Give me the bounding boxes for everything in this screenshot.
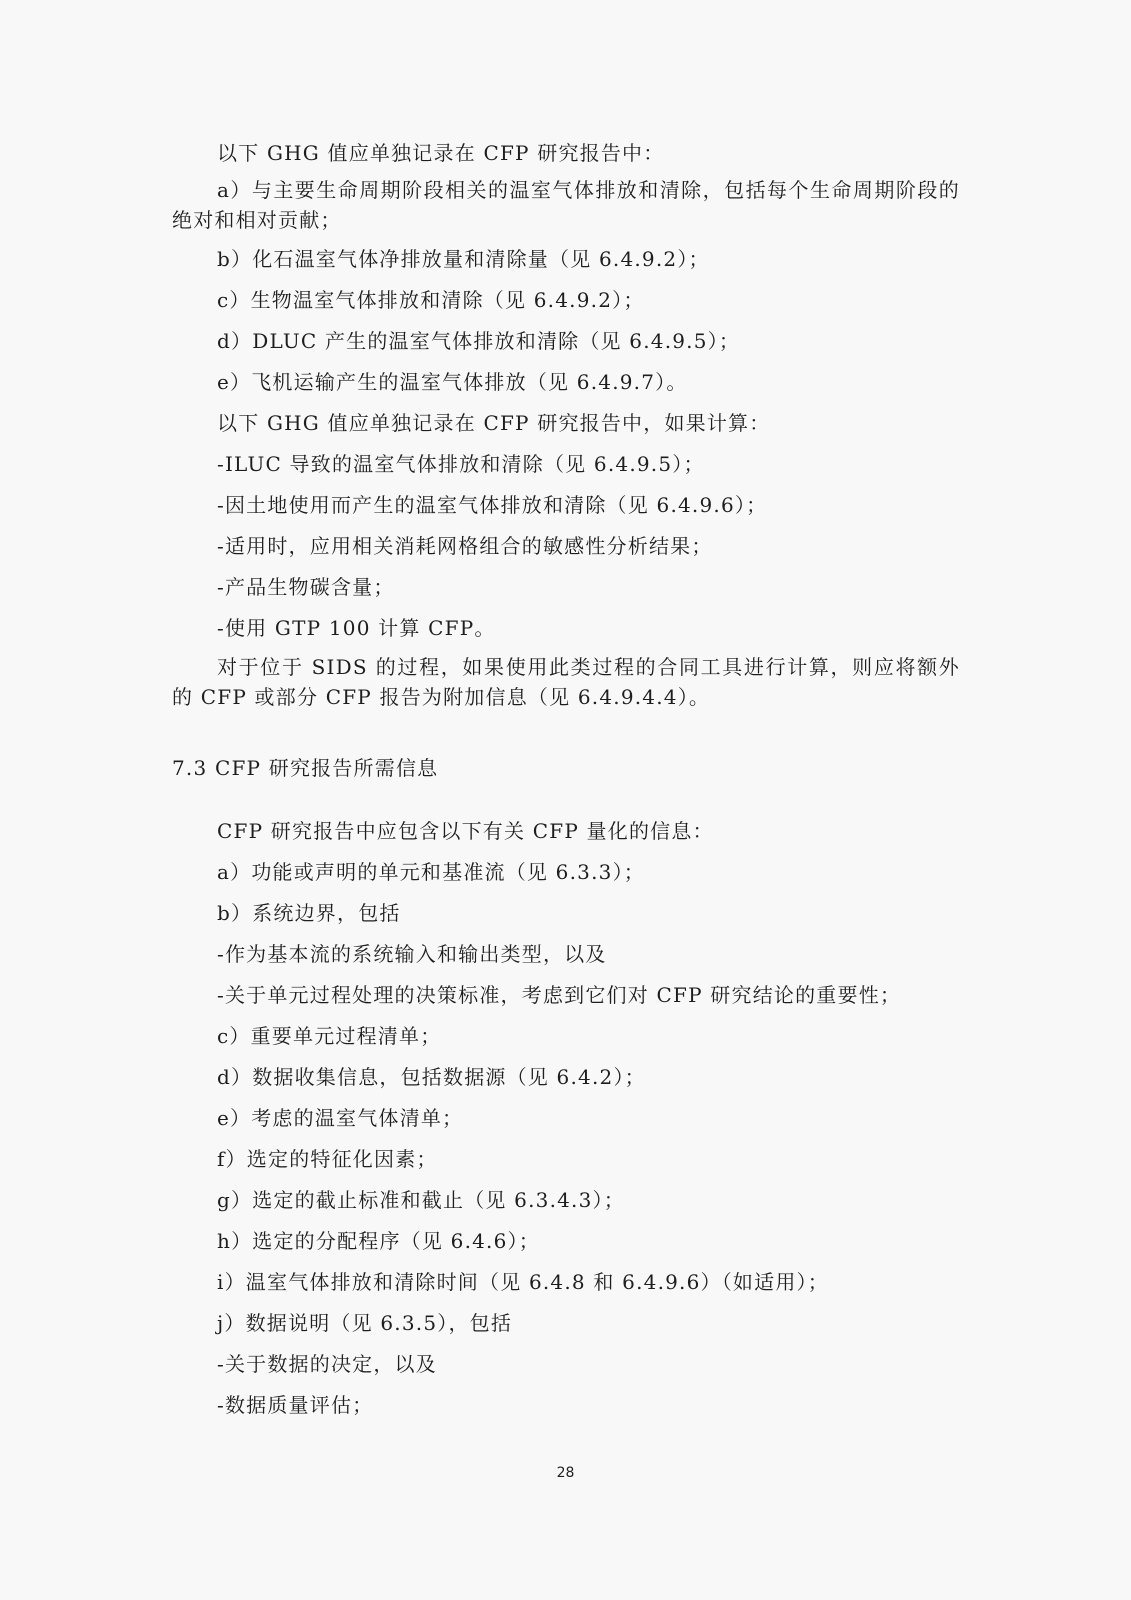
list-item-b-fossil: b）化石温室气体净排放量和清除量（见 6.4.9.2）； — [217, 246, 710, 272]
page-number: 28 — [0, 1465, 1131, 1481]
list-item-7-3-j-sub2: -数据质量评估； — [217, 1392, 373, 1418]
list-item-7-3-b-sub2: -关于单元过程处理的决策标准，考虑到它们对 CFP 研究结论的重要性； — [217, 982, 901, 1008]
list-item-7-3-g: g）选定的截止标准和截止（见 6.3.4.3）； — [217, 1187, 625, 1213]
paragraph-sids: 对于位于 SIDS 的过程，如果使用此类过程的合同工具进行计算，则应将额外的 C… — [172, 652, 960, 712]
paragraph-ghg-lead: 以下 GHG 值应单独记录在 CFP 研究报告中： — [217, 140, 664, 166]
list-item-c-biogenic: c）生物温室气体排放和清除（见 6.4.9.2）； — [217, 287, 645, 313]
list-item-7-3-b: b）系统边界，包括 — [217, 900, 401, 926]
list-item-7-3-a: a）功能或声明的单元和基准流（见 6.3.3）； — [217, 859, 645, 885]
list-item-7-3-b-sub1: -作为基本流的系统输入和输出类型，以及 — [217, 941, 607, 967]
list-item-7-3-j-sub1: -关于数据的决定，以及 — [217, 1351, 437, 1377]
list-item-7-3-i: i）温室气体排放和清除时间（见 6.4.8 和 6.4.9.6）（如适用）； — [217, 1269, 829, 1295]
section-heading-7-3: 7.3 CFP 研究报告所需信息 — [172, 755, 438, 781]
list-item-gtp100: -使用 GTP 100 计算 CFP。 — [217, 615, 496, 641]
list-item-7-3-e: e）考虑的温室气体清单； — [217, 1105, 463, 1131]
list-item-a-lifecycle: a）与主要生命周期阶段相关的温室气体排放和清除，包括每个生命周期阶段的绝对和相对… — [172, 175, 960, 235]
list-item-7-3-f: f）选定的特征化因素； — [217, 1146, 438, 1172]
list-item-biogenic-carbon: -产品生物碳含量； — [217, 574, 395, 600]
list-item-7-3-c: c）重要单元过程清单； — [217, 1023, 441, 1049]
list-item-7-3-d: d）数据收集信息，包括数据源（见 6.4.2）； — [217, 1064, 646, 1090]
list-item-7-3-h: h）选定的分配程序（见 6.4.6）； — [217, 1228, 540, 1254]
list-item-iluc: -ILUC 导致的温室气体排放和清除（见 6.4.9.5）； — [217, 451, 705, 477]
list-item-e-aircraft: e）飞机运输产生的温室气体排放（见 6.4.9.7）。 — [217, 369, 688, 395]
paragraph-7-3-lead: CFP 研究报告中应包含以下有关 CFP 量化的信息： — [217, 818, 714, 844]
list-item-7-3-j: j）数据说明（见 6.3.5），包括 — [217, 1310, 512, 1336]
paragraph-conditional-lead: 以下 GHG 值应单独记录在 CFP 研究报告中，如果计算： — [217, 410, 770, 436]
list-item-sensitivity: -适用时，应用相关消耗网格组合的敏感性分析结果； — [217, 533, 713, 559]
list-item-d-dluc: d）DLUC 产生的温室气体排放和清除（见 6.4.9.5）； — [217, 328, 740, 354]
list-item-land-use: -因土地使用而产生的温室气体排放和清除（见 6.4.9.6）； — [217, 492, 767, 518]
